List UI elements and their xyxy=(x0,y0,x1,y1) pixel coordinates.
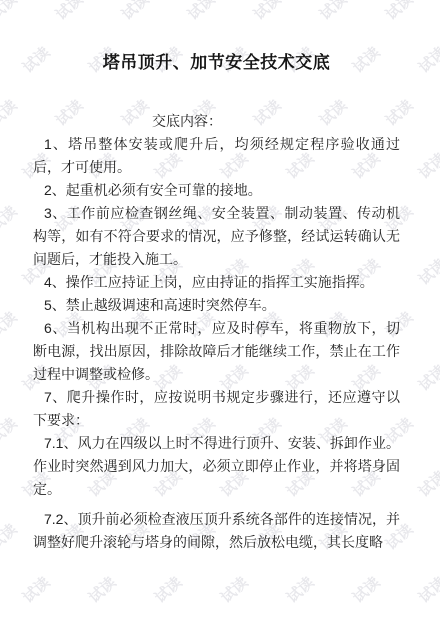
paragraph: 7、爬升操作时，应按说明书规定步骤进行，还应遵守以下要求： xyxy=(33,386,400,432)
paragraph: 4、操作工应持证上岗，应由持证的指挥工实施指挥。 xyxy=(33,271,400,294)
document-page: 试读试读试读试读试读试读试读试读试读试读试读试读试读试读试读试读试读试读试读试读… xyxy=(0,0,440,620)
paragraph-list: 1、塔吊整体安装或爬升后，均须经规定程序验收通过后，才可使用。2、起重机必须有安… xyxy=(33,133,400,554)
section-label: 交底内容： xyxy=(152,110,400,133)
paragraph: 1、塔吊整体安装或爬升后，均须经规定程序验收通过后，才可使用。 xyxy=(33,133,400,179)
document-content: 塔吊顶升、加节安全技术交底 交底内容： 1、塔吊整体安装或爬升后，均须经规定程序… xyxy=(0,0,440,620)
paragraph: 7.1、风力在四级以上时不得进行顶升、安装、拆卸作业。作业时突然遇到风力加大，必… xyxy=(33,432,400,501)
paragraph: 7.2、顶升前必须检查液压顶升系统各部件的连接情况，并调整好爬升滚轮与塔身的间隙… xyxy=(33,508,400,554)
paragraph: 5、禁止越级调速和高速时突然停车。 xyxy=(33,294,400,317)
document-title: 塔吊顶升、加节安全技术交底 xyxy=(33,50,400,76)
paragraph: 6、当机构出现不正常时，应及时停车，将重物放下，切断电源，找出原因，排除故障后才… xyxy=(33,317,400,386)
paragraph: 2、起重机必须有安全可靠的接地。 xyxy=(33,179,400,202)
paragraph: 3、工作前应检查钢丝绳、安全装置、制动装置、传动机构等，如有不符合要求的情况，应… xyxy=(33,202,400,271)
